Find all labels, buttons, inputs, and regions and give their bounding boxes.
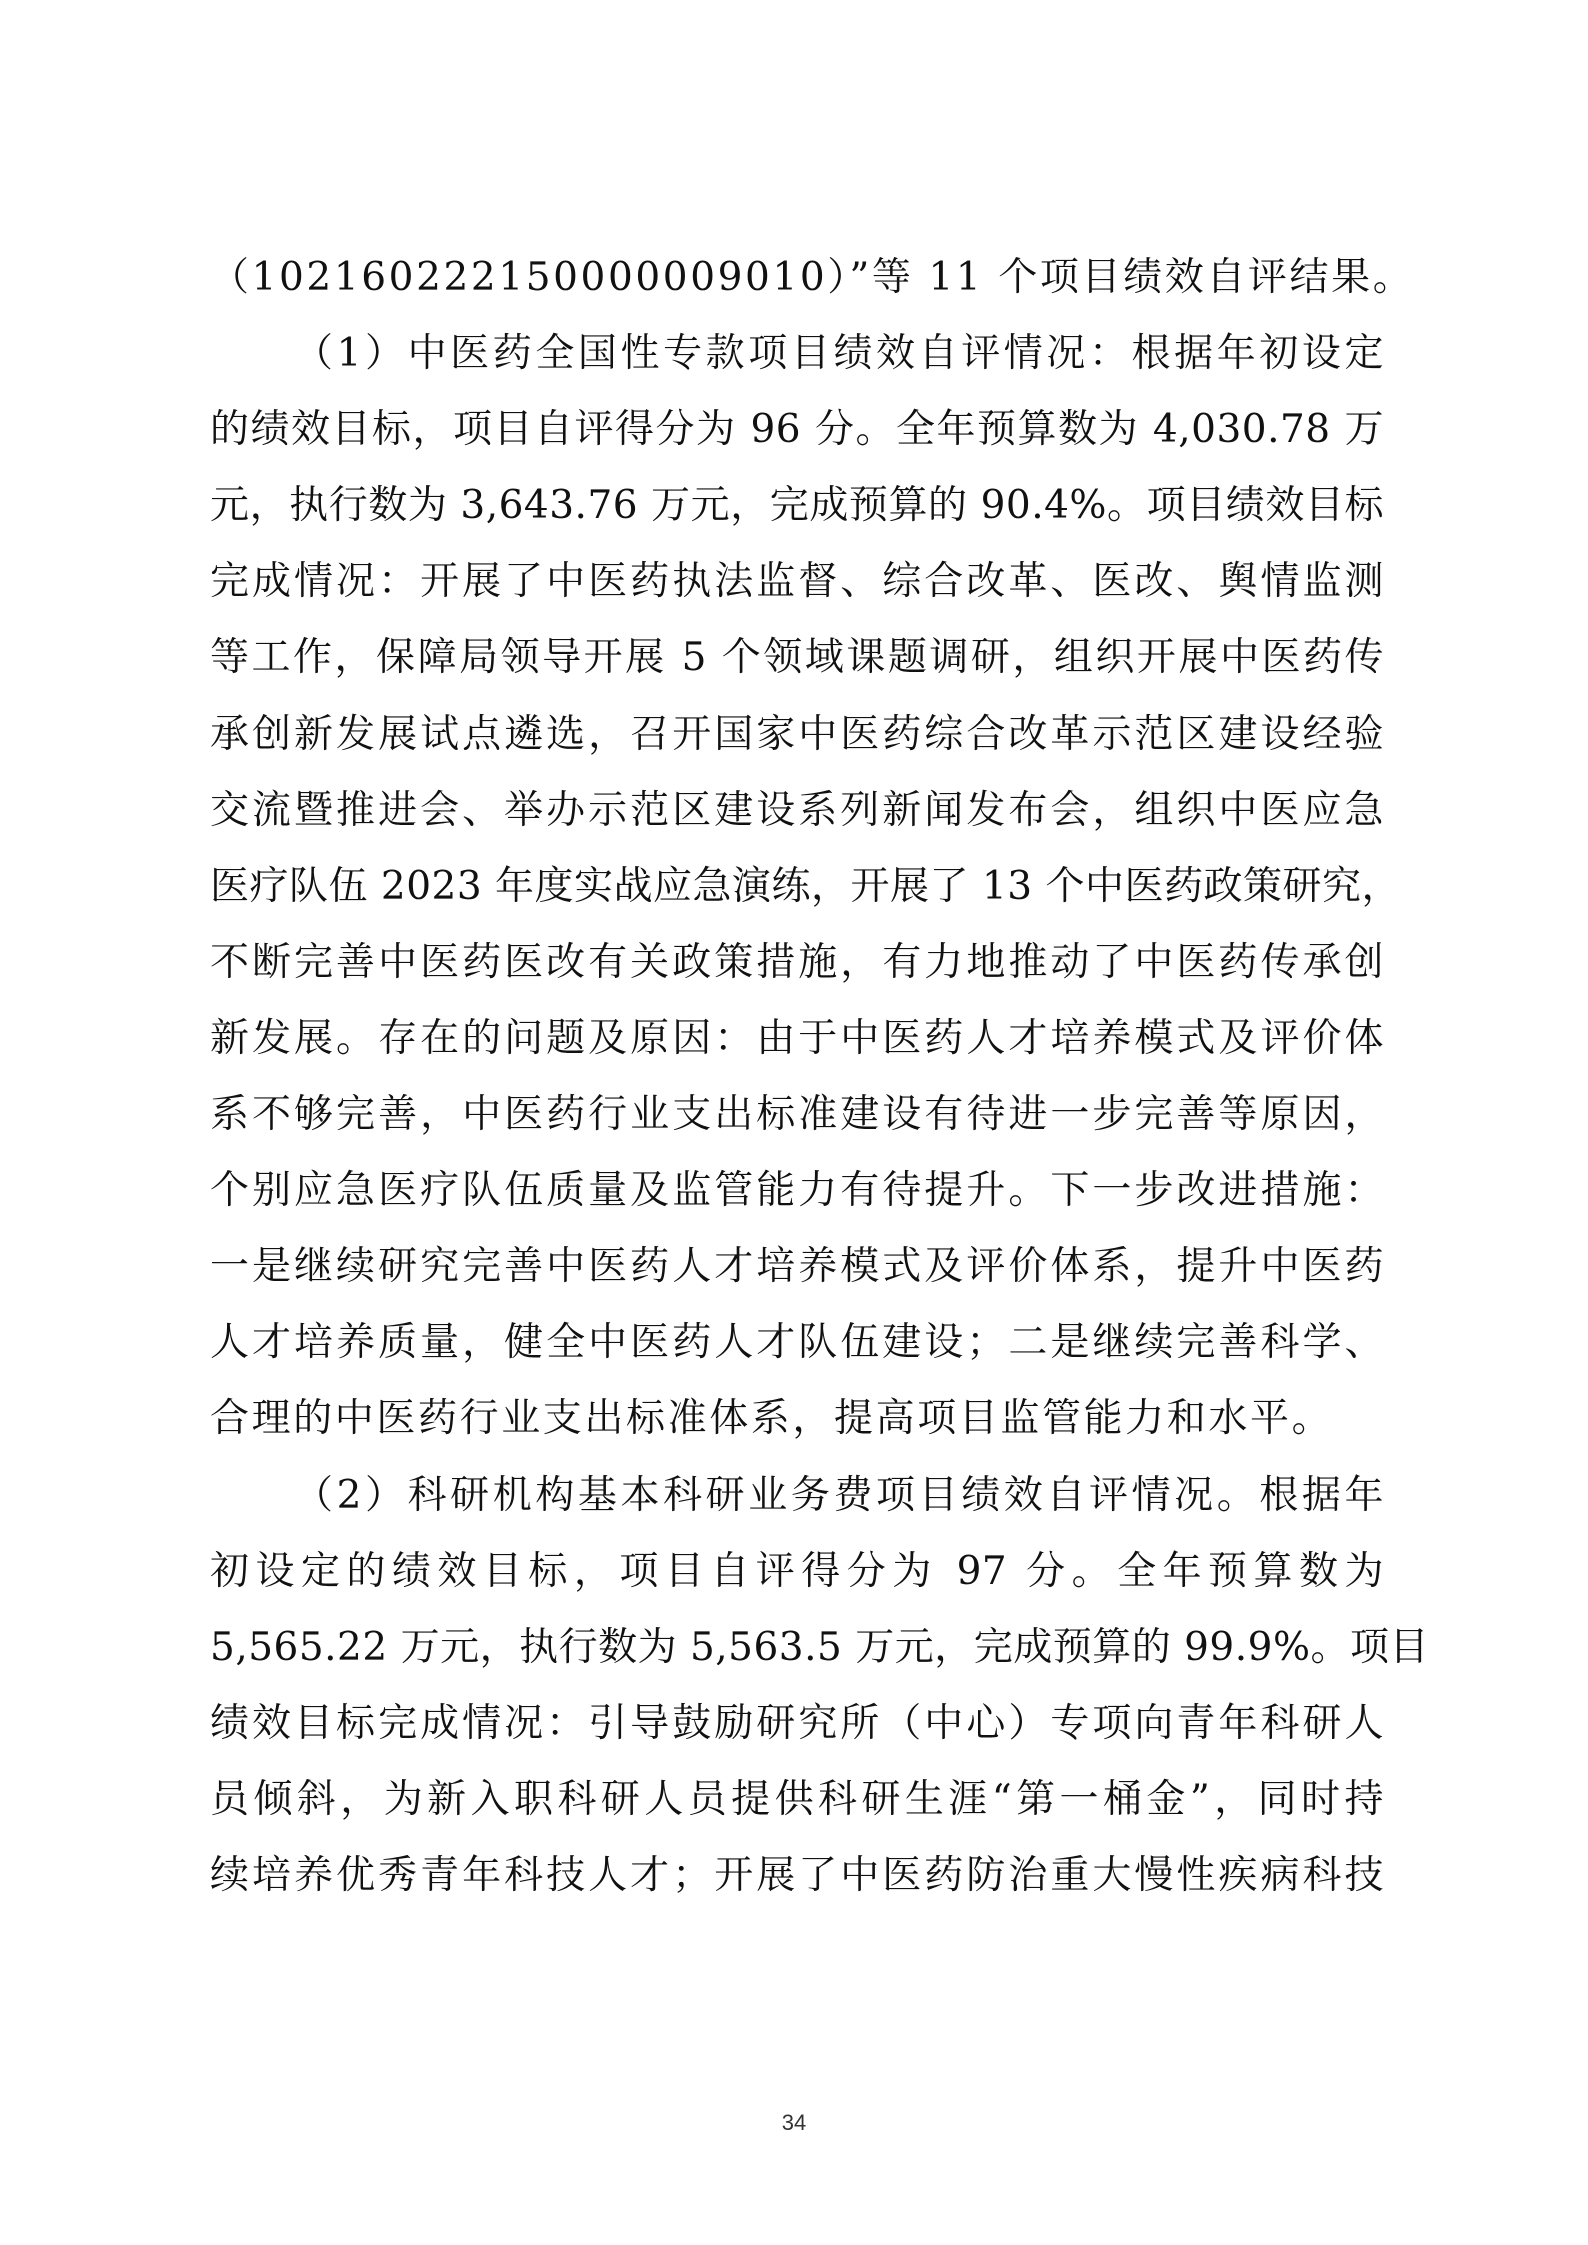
text-line: 的绩效目标，项目自评得分为 96 分。全年预算数为 4,030.78 万 (210, 402, 1384, 478)
text-line: 一是继续研究完善中医药人才培养模式及评价体系，提升中医药 (210, 1239, 1384, 1315)
body-text: （102160222150000009010）”等 11 个项目绩效自评结果。 … (210, 250, 1384, 1924)
page-number: 34 (0, 2110, 1588, 2136)
text-line: 系不够完善，中医药行业支出标准建设有待进一步完善等原因， (210, 1087, 1384, 1163)
text-line: 5,565.22 万元，执行数为 5,563.5 万元，完成预算的 99.9%。… (210, 1620, 1384, 1696)
text-line: 不断完善中医药医改有关政策措施，有力地推动了中医药传承创 (210, 935, 1384, 1011)
text-line: 元，执行数为 3,643.76 万元，完成预算的 90.4%。项目绩效目标 (210, 478, 1384, 554)
text-line: （102160222150000009010）”等 11 个项目绩效自评结果。 (210, 250, 1384, 326)
document-page: （102160222150000009010）”等 11 个项目绩效自评结果。 … (0, 0, 1588, 2245)
text-line: 医疗队伍 2023 年度实战应急演练，开展了 13 个中医药政策研究， (210, 859, 1384, 935)
text-line: 员倾斜，为新入职科研人员提供科研生涯“第一桶金”，同时持 (210, 1772, 1384, 1848)
text-line: 新发展。存在的问题及原因：由于中医药人才培养模式及评价体 (210, 1011, 1384, 1087)
text-line: 人才培养质量，健全中医药人才队伍建设；二是继续完善科学、 (210, 1315, 1384, 1391)
paragraph-heading-1: （1）中医药全国性专款项目绩效自评情况：根据年初设定 (210, 326, 1384, 402)
text-line: 交流暨推进会、举办示范区建设系列新闻发布会，组织中医应急 (210, 783, 1384, 859)
text-line: 个别应急医疗队伍质量及监管能力有待提升。下一步改进措施： (210, 1163, 1384, 1239)
text-line: 等工作，保障局领导开展 5 个领域课题调研，组织开展中医药传 (210, 630, 1384, 706)
text-line: 合理的中医药行业支出标准体系，提高项目监管能力和水平。 (210, 1391, 1384, 1467)
text-line: 续培养优秀青年科技人才；开展了中医药防治重大慢性疾病科技 (210, 1848, 1384, 1924)
text-line: 初设定的绩效目标，项目自评得分为 97 分。全年预算数为 (210, 1544, 1384, 1620)
text-line: 完成情况：开展了中医药执法监督、综合改革、医改、舆情监测 (210, 554, 1384, 630)
text-line: 承创新发展试点遴选，召开国家中医药综合改革示范区建设经验 (210, 707, 1384, 783)
text-line: 绩效目标完成情况：引导鼓励研究所（中心）专项向青年科研人 (210, 1696, 1384, 1772)
paragraph-heading-2: （2）科研机构基本科研业务费项目绩效自评情况。根据年 (210, 1468, 1384, 1544)
